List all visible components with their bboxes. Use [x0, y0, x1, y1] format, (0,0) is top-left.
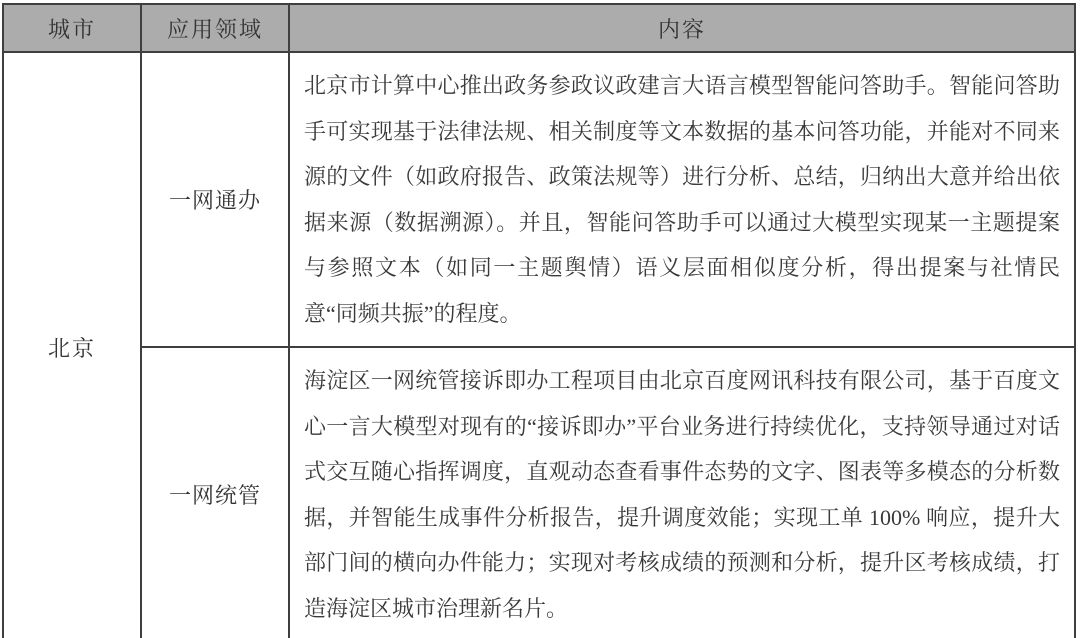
content-cell-yiwangtongban: 北京市计算中心推出政务参政议政建言大语言模型智能问答助手。智能问答助手可实现基于… — [289, 52, 1075, 347]
table-row: 北京 一网通办 北京市计算中心推出政务参政议政建言大语言模型智能问答助手。智能问… — [3, 52, 1075, 347]
city-llm-applications-table: 城市 应用领域 内容 北京 一网通办 北京市计算中心推出政务参政议政建言大语言模… — [2, 3, 1076, 638]
column-header-application-field: 应用领域 — [141, 4, 289, 52]
field-cell-yiwangtongguan: 一网统管 — [141, 347, 289, 638]
column-header-content: 内容 — [289, 4, 1075, 52]
field-cell-yiwangtongban: 一网通办 — [141, 52, 289, 347]
table-row: 一网统管 海淀区一网统管接诉即办工程项目由北京百度网讯科技有限公司，基于百度文心… — [3, 347, 1075, 638]
table-header-row: 城市 应用领域 内容 — [3, 4, 1075, 52]
city-cell-beijing: 北京 — [3, 52, 141, 638]
content-cell-yiwangtongguan: 海淀区一网统管接诉即办工程项目由北京百度网讯科技有限公司，基于百度文心一言大模型… — [289, 347, 1075, 638]
document-page: 城市 应用领域 内容 北京 一网通办 北京市计算中心推出政务参政议政建言大语言模… — [0, 0, 1080, 638]
column-header-city: 城市 — [3, 4, 141, 52]
